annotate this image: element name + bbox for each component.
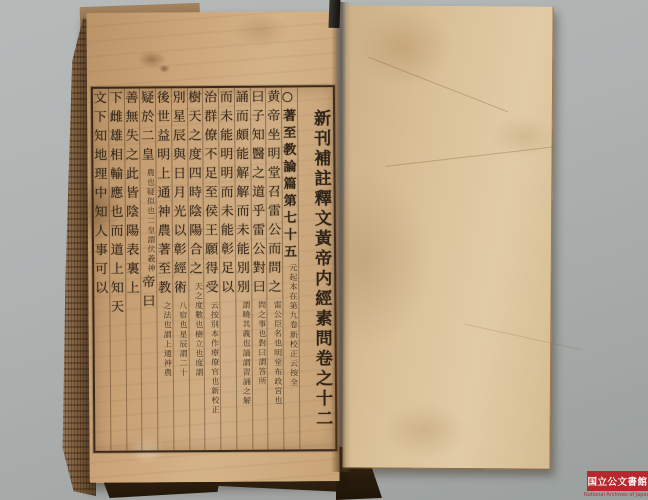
annotation-half-column-left: 八宿也 xyxy=(178,301,187,330)
paper-crease xyxy=(368,57,508,113)
annotation-half-column-left: 元起本在第九卷 xyxy=(288,263,297,330)
book-title-text: 新刊補註釋文黃帝内經素問卷之十二 xyxy=(310,109,332,429)
chapter-heading-text: ○著至教論篇第七十五 xyxy=(281,89,296,261)
body-text: 帝曰 xyxy=(139,275,154,313)
body-text: 曰子知醫之道乎雷公對曰 xyxy=(250,90,265,299)
annotation-half-column-right: 明堂布政宮也 xyxy=(273,348,282,405)
annotation-half-column-left: 農也疑似也 xyxy=(146,168,155,216)
body-text: 文下知地理中知人事可以 xyxy=(93,91,107,300)
right-page-blank xyxy=(342,5,553,469)
archives-stamp-english-label: National Archives of Japan xyxy=(584,492,648,498)
annotation-small-text: 樹立也度謂天之度數也 xyxy=(194,282,203,377)
annotation-half-column-left: 雷公臣名也 xyxy=(273,301,282,349)
text-columns: 新刊補註釋文黃帝内經素問卷之十二○著至教論篇第七十五新校正云按全元起本在第九卷黄… xyxy=(93,87,336,451)
annotation-small-text: 星辰謂二十八宿也 xyxy=(178,301,187,377)
annotation-small-text: 謂上通神農之法也 xyxy=(163,301,172,377)
annotation-half-column-left: 云按別本作療 xyxy=(210,301,219,358)
annotation-half-column-right: 對曰謂答所 xyxy=(257,339,266,387)
annotation-half-column-right: 新校正云按全 xyxy=(289,330,298,387)
annotation-half-column-right: 僚官也新校正 xyxy=(210,358,219,415)
binding-ribbon xyxy=(328,0,340,28)
paper-crease xyxy=(385,146,554,167)
body-text: 而未能明明而未能彰足以 xyxy=(218,90,233,299)
annotation-half-column-right: 樹立也度謂 xyxy=(194,330,203,378)
photo-scene: 新刊補註釋文黃帝内經素問卷之十二○著至教論篇第七十五新校正云按全元起本在第九卷黄… xyxy=(0,0,648,500)
page-gutter-shadow xyxy=(331,2,351,472)
archives-stamp: 国立公文書館 xyxy=(587,471,648,491)
text-block-frame: 新刊補註釋文黃帝内經素問卷之十二○著至教論篇第七十五新校正云按全元起本在第九卷黄… xyxy=(91,85,338,453)
annotation-small-text: 明堂布政宮也雷公臣名也 xyxy=(273,301,282,406)
body-text: 疑於二皇 xyxy=(139,90,153,166)
annotation-small-text: 新校正云按全元起本在第九卷 xyxy=(288,263,297,387)
annotation-small-text: 二皇謂伏羲神農也疑似也 xyxy=(146,168,155,273)
annotation-small-text: 對曰謂答所問之事也 xyxy=(257,301,266,387)
annotation-half-column-left: 謂曉其義也 xyxy=(241,301,250,349)
annotation-small-text: 僚官也新校正云按別本作療 xyxy=(210,301,219,415)
text-column-title: 新刊補註釋文黃帝内經素問卷之十二 xyxy=(297,87,336,449)
body-text: 誦而頗能解解而未能別別 xyxy=(234,90,249,299)
annotation-half-column-left: 問之事也 xyxy=(257,301,266,339)
archives-stamp-jp-label: 国立公文書館 xyxy=(587,474,647,488)
body-text: 治群僚不足至侯王願得受 xyxy=(202,90,217,299)
body-text: 後世益明上通神農著至教 xyxy=(155,90,170,299)
left-page: 新刊補註釋文黃帝内經素問卷之十二○著至教論篇第七十五新校正云按全元起本在第九卷黄… xyxy=(86,11,339,483)
annotation-small-text: 誦謂習誦之解謂曉其義也 xyxy=(241,301,250,406)
body-text: 黄帝坐明堂召雷公而問之 xyxy=(265,90,280,299)
body-text: 別星辰與日月光以彰經術 xyxy=(171,90,186,299)
paper-crease xyxy=(465,324,582,351)
body-text: 下雌雄相輸應也而道上知天 xyxy=(108,91,123,319)
annotation-half-column-left: 天之度數也 xyxy=(194,282,203,330)
annotation-half-column-right: 誦謂習誦之解 xyxy=(242,348,251,405)
body-text: 善無失之此皆陰陽表裏上 xyxy=(123,91,138,300)
annotation-half-column-right: 謂上通神農 xyxy=(163,330,172,378)
body-text: 樹天之度四時陰陽合之 xyxy=(187,90,202,280)
annotation-half-column-right: 二皇謂伏羲神 xyxy=(146,216,155,273)
annotation-half-column-left: 之法也 xyxy=(163,301,172,330)
annotation-half-column-right: 星辰謂二十 xyxy=(179,330,188,378)
